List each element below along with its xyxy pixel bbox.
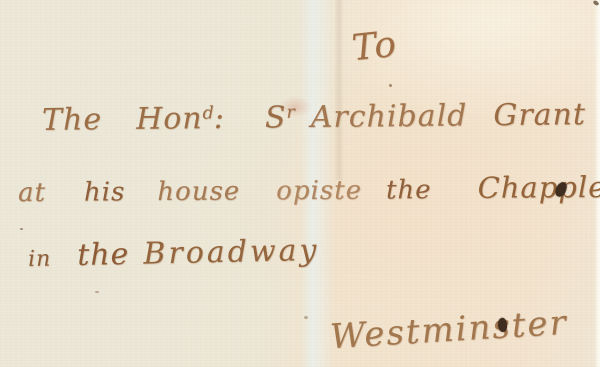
paper-speck [389, 84, 392, 87]
word-broadway: Broadway [143, 233, 320, 272]
address-line-3: intheBroadway [28, 233, 320, 274]
letter-scan: To TheHond:SrArchibaldGrant athishouseop… [0, 0, 600, 367]
word-the: the [77, 237, 130, 273]
word-hond: Hond: [136, 101, 225, 137]
word-archibald: Archibald [311, 98, 468, 135]
paper-speck [304, 316, 308, 319]
word-hond-superscript: d [202, 103, 213, 123]
word-his: his [84, 177, 126, 207]
salutation-to: To [350, 24, 399, 69]
address-city-westminster: Westminster [329, 303, 569, 357]
word-chapple: Chapple [478, 170, 600, 205]
word-sir: Sr [265, 100, 295, 135]
paper-speck [95, 291, 99, 293]
word-sir-base: S [265, 100, 287, 135]
address-line-1: TheHond:SrArchibaldGrant [42, 97, 586, 138]
word-sir-superscript: r [286, 103, 295, 123]
word-grant: Grant [493, 97, 586, 133]
fold-crease-shadow [334, 0, 344, 180]
word-the: the [386, 175, 432, 205]
word-opiste: opiste [276, 176, 362, 207]
word-hond-base: Hon [136, 101, 203, 137]
word-the: The [42, 102, 102, 138]
word-at: at [18, 178, 46, 208]
word-in: in [28, 247, 52, 272]
paper-speck [20, 228, 23, 230]
word-house: house [157, 177, 240, 208]
word-hond-punct: : [214, 101, 225, 136]
address-line-2: athishouseopistetheChapple [18, 170, 600, 208]
